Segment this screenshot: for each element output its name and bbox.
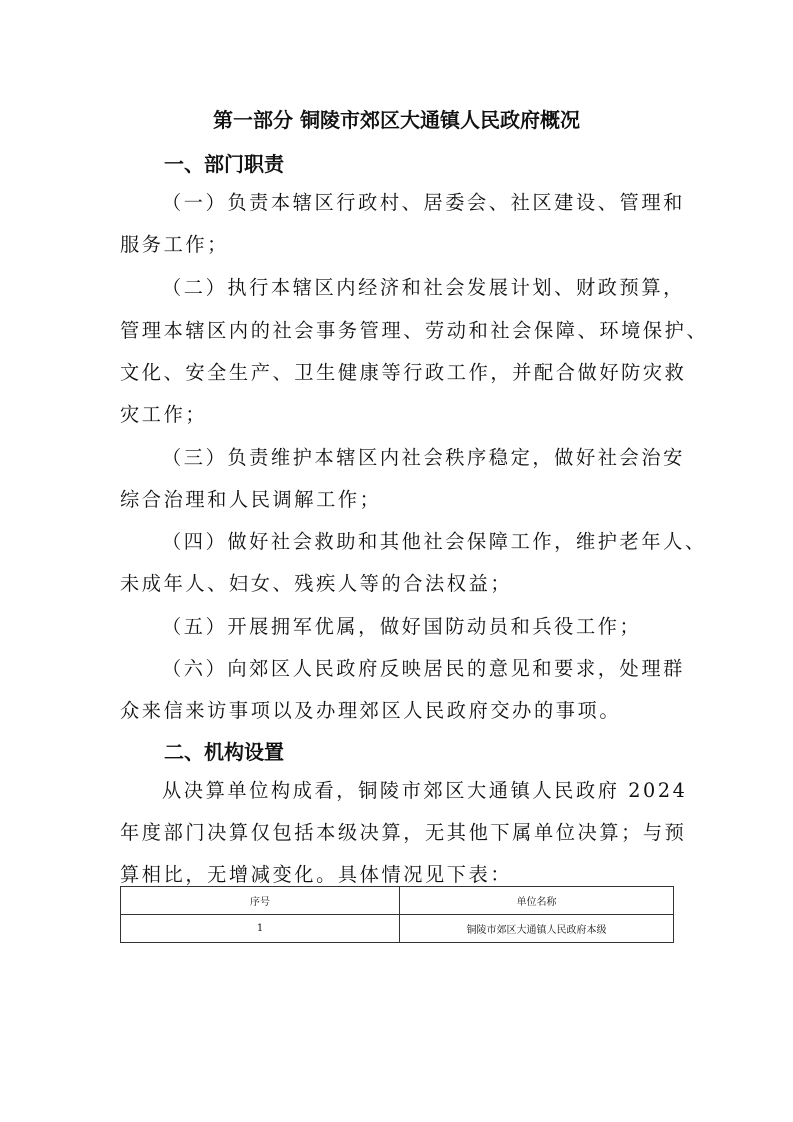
- section-heading-duties: 一、部门职责: [164, 148, 284, 177]
- paragraph-line: （四）做好社会救助和其他社会保障工作，维护老年人、: [162, 527, 676, 554]
- section-heading-structure: 二、机构设置: [164, 736, 284, 765]
- paragraph-line: 众来信来访事项以及办理郊区人民政府交办的事项。: [120, 696, 676, 723]
- units-table: 序号 单位名称 1 铜陵市郊区大通镇人民政府本级: [120, 886, 674, 943]
- cell-unit-name: 铜陵市郊区大通镇人民政府本级: [400, 915, 674, 943]
- paragraph-line: 服务工作；: [120, 230, 676, 257]
- paragraph-line: 年度部门决算仅包括本级决算，无其他下属单位决算；与预: [120, 818, 676, 845]
- paragraph-line: （五）开展拥军优属，做好国防动员和兵役工作；: [162, 612, 676, 639]
- paragraph-line: 从决算单位构成看，铜陵市郊区大通镇人民政府 2024: [162, 776, 676, 803]
- paragraph-line: 灾工作；: [120, 400, 676, 427]
- column-header-index: 序号: [121, 887, 400, 915]
- paragraph-line: 综合治理和人民调解工作；: [120, 485, 676, 512]
- table-header-row: 序号 单位名称: [121, 887, 674, 915]
- paragraph-line: （一）负责本辖区行政村、居委会、社区建设、管理和: [162, 188, 676, 215]
- table-row: 1 铜陵市郊区大通镇人民政府本级: [121, 915, 674, 943]
- cell-index: 1: [121, 915, 400, 943]
- paragraph-line: （六）向郊区人民政府反映居民的意见和要求，处理群: [162, 654, 676, 681]
- paragraph-line: （二）执行本辖区内经济和社会发展计划、财政预算，: [162, 273, 676, 300]
- paragraph-line: 管理本辖区内的社会事务管理、劳动和社会保障、环境保护、: [120, 316, 676, 343]
- page-title: 第一部分 铜陵市郊区大通镇人民政府概况: [0, 104, 793, 133]
- paragraph-line: 未成年人、妇女、残疾人等的合法权益；: [120, 569, 676, 596]
- column-header-unit-name: 单位名称: [400, 887, 674, 915]
- paragraph-line: （三）负责维护本辖区内社会秩序稳定，做好社会治安: [162, 443, 676, 470]
- paragraph-line: 文化、安全生产、卫生健康等行政工作，并配合做好防灾救: [120, 358, 676, 385]
- paragraph-line: 算相比，无增减变化。具体情况见下表：: [120, 860, 676, 887]
